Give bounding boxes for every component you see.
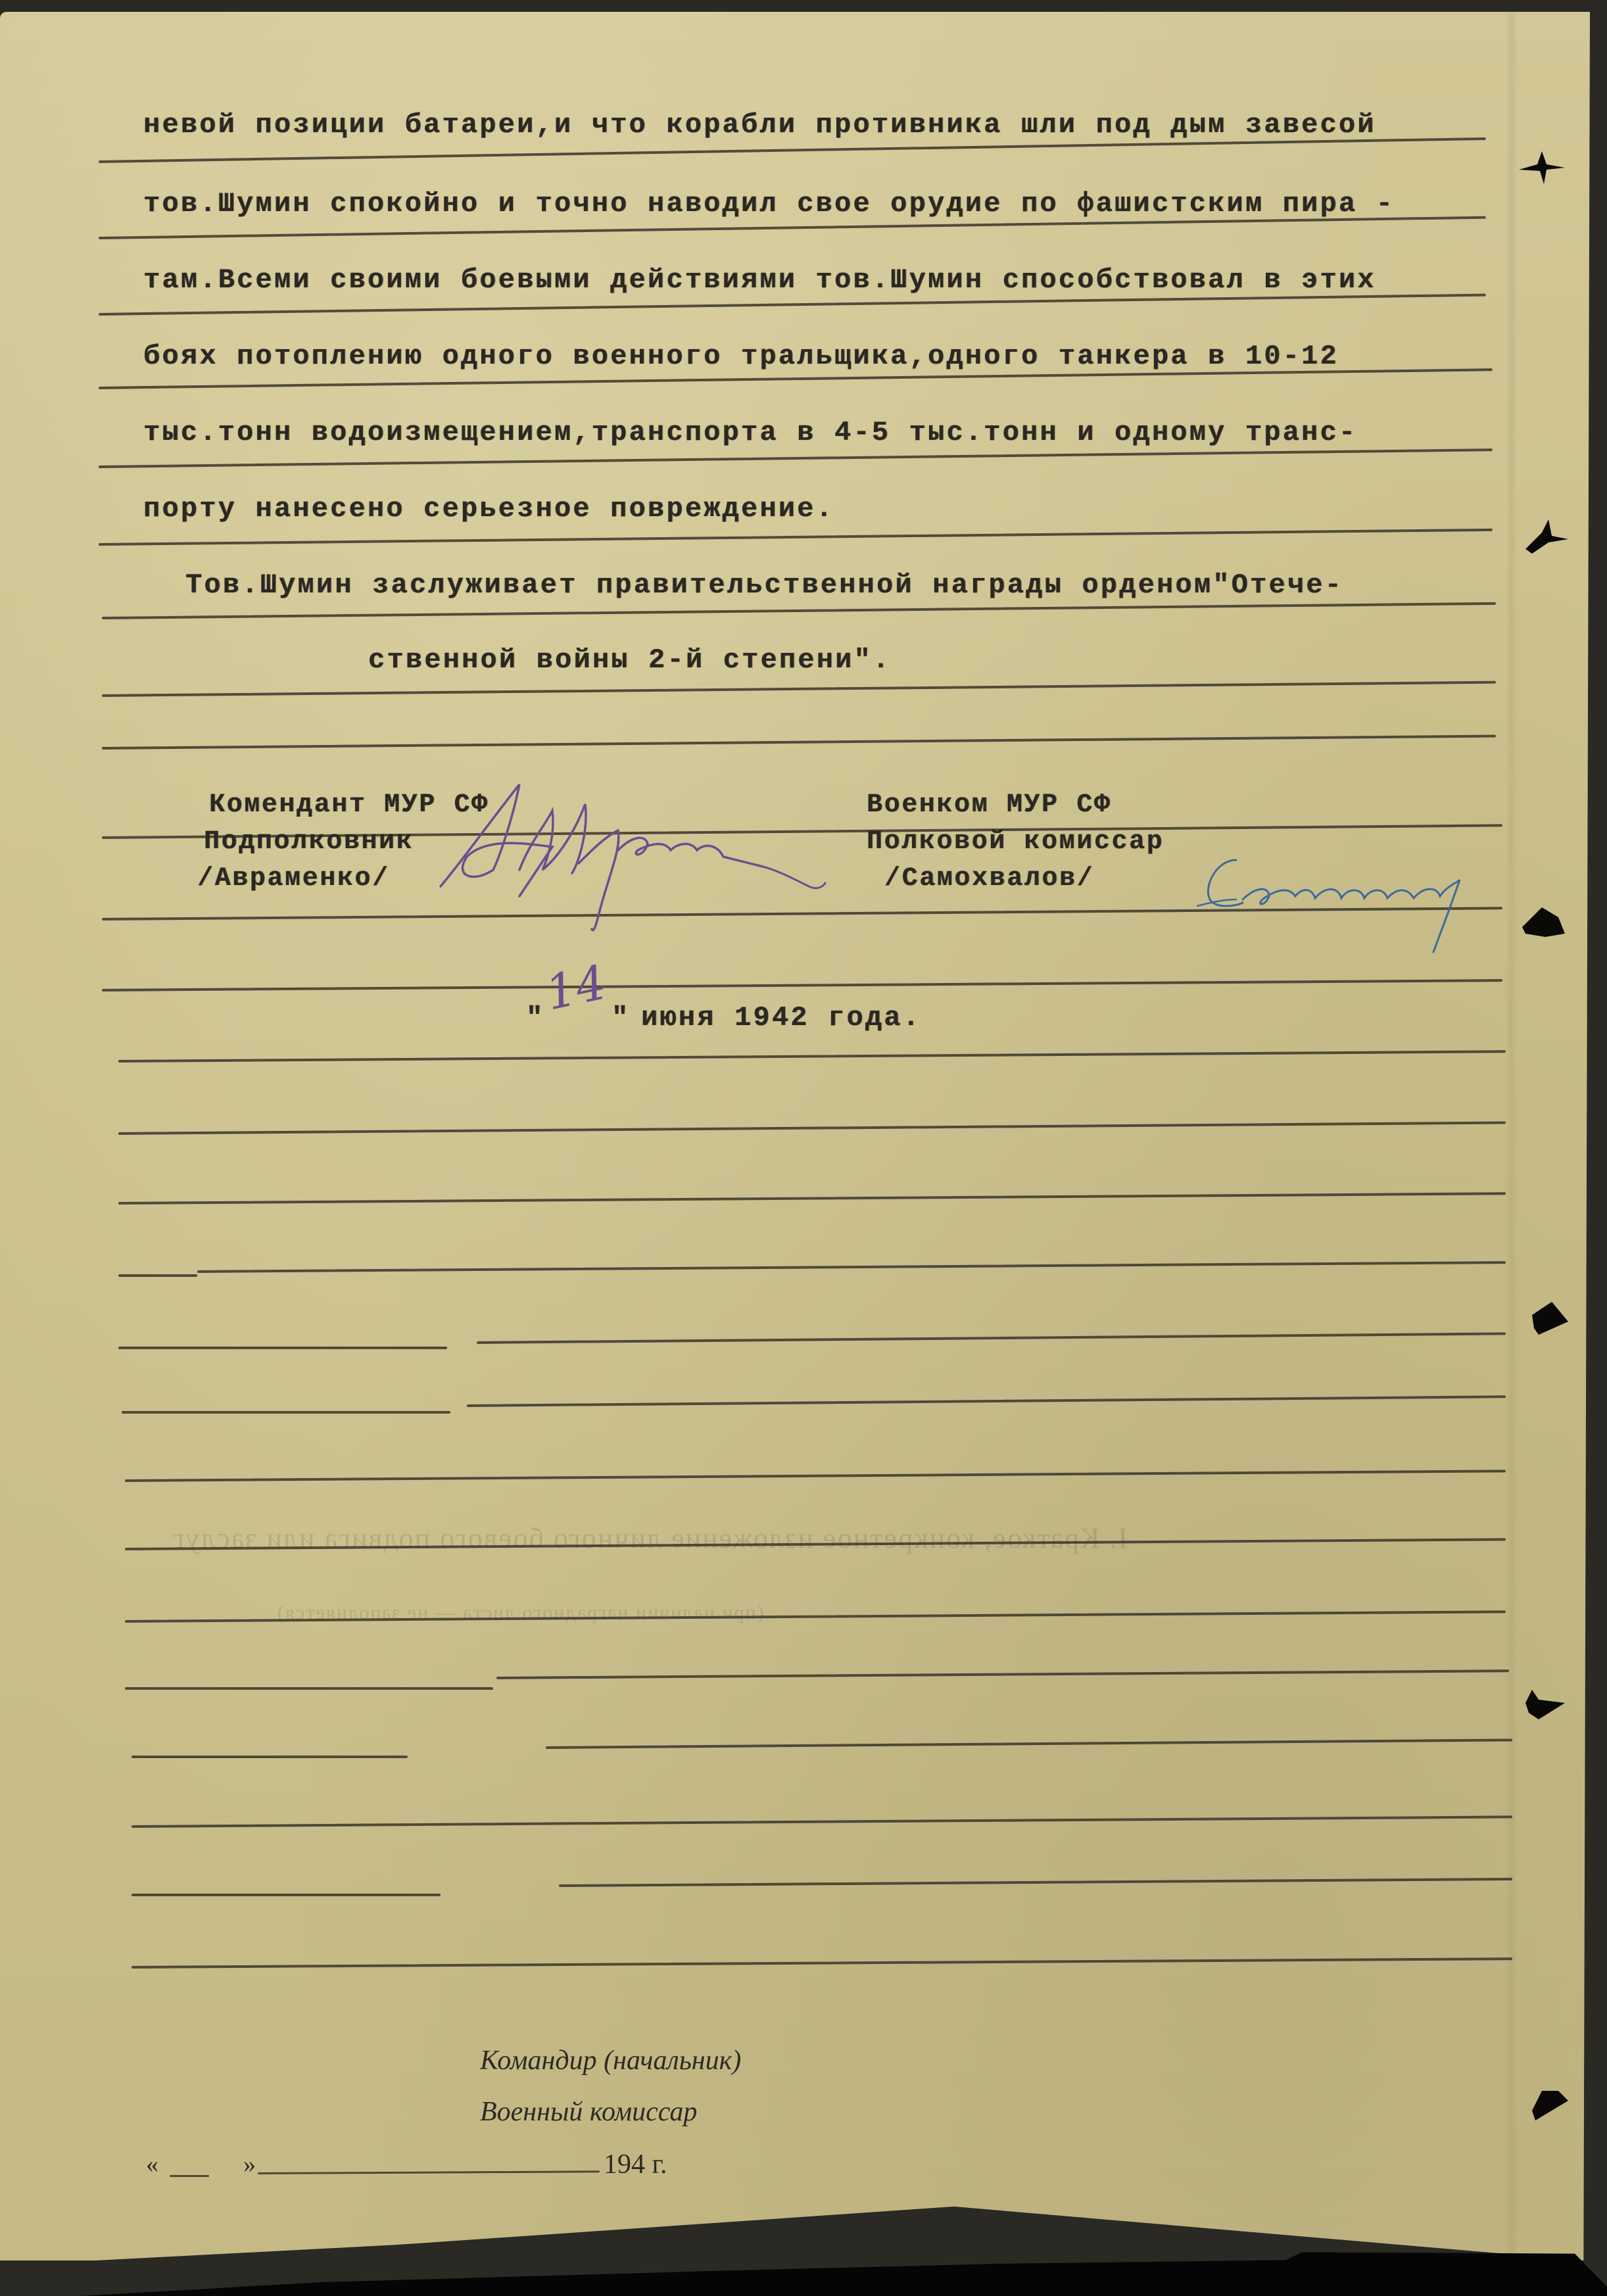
left-signatory-name: /Авраменко/ (197, 864, 390, 894)
punch-hole-icon (1516, 1299, 1575, 1351)
ruled-line (102, 907, 1502, 921)
signature-samokhvalov (1197, 847, 1512, 959)
ruled-line (102, 734, 1496, 750)
ruled-line (99, 448, 1493, 468)
body-line-6: порту нанесено серьезное повреждение. (143, 493, 834, 525)
ruled-line (118, 1121, 1506, 1135)
ruled-line (99, 529, 1493, 546)
ruled-line (102, 681, 1496, 697)
ruled-line (132, 1957, 1512, 1969)
ruled-line (125, 1687, 493, 1690)
body-line-2: тов.Шумин спокойно и точно наводил свое … (143, 188, 1395, 220)
award-conclusion-line-2: ственной войны 2-й степени". (368, 644, 891, 676)
ruled-line (125, 1470, 1506, 1482)
right-signatory-rank: Полковой комиссар (867, 827, 1164, 857)
margin-crease (1506, 12, 1518, 2260)
ruled-line (132, 1815, 1512, 1828)
document-page: I. Краткое, конкретное изложение личного… (0, 12, 1590, 2260)
ruled-line (118, 1347, 447, 1349)
date-open-quote: " (526, 1002, 544, 1034)
body-line-4: боях потоплению одного военного тральщик… (143, 341, 1339, 372)
ruled-line (132, 1756, 408, 1758)
punch-hole-icon (1512, 901, 1571, 953)
commissar-label: Военный комиссар (480, 2096, 697, 2128)
ruled-line (102, 979, 1502, 992)
footer-date-close-quote: » (243, 2150, 256, 2179)
footer-date-open-quote: « (146, 2150, 158, 2179)
ruled-line (197, 1261, 1506, 1273)
ruled-line (118, 1050, 1506, 1063)
ruled-line (99, 137, 1486, 163)
date-close-quote: " (612, 1002, 630, 1034)
date-day-handwritten: 14 (540, 954, 611, 1020)
punch-hole-icon (1519, 1680, 1578, 1733)
ruled-line (477, 1332, 1506, 1344)
right-signatory-title: Военком МУР СФ (867, 790, 1111, 820)
ruled-line (132, 1894, 441, 1896)
punch-hole-icon (1512, 132, 1571, 184)
ruled-line (122, 1411, 450, 1414)
body-line-5: тыс.тонн водоизмещением,транспорта в 4-5… (143, 417, 1357, 448)
show-through-text: I. Краткое, конкретное изложение личного… (171, 1521, 1128, 1555)
ruled-line (118, 1274, 197, 1277)
body-line-3: там.Всеми своими боевыми действиями тов.… (143, 264, 1376, 296)
ruled-line (546, 1738, 1512, 1749)
punch-hole-icon (1512, 506, 1571, 559)
footer-day-blank (170, 2175, 209, 2177)
award-conclusion-line-1: Тов.Шумин заслуживает правительственной … (185, 569, 1343, 601)
punch-hole-icon (1519, 2078, 1578, 2130)
ruled-line (559, 1878, 1512, 1887)
footer-year-suffix: 194 г. (604, 2149, 667, 2180)
right-signatory-name: /Самохвалов/ (884, 864, 1094, 894)
ruled-line (118, 1192, 1506, 1205)
commander-label: Командир (начальник) (480, 2045, 741, 2076)
date-text: июня 1942 года. (641, 1002, 921, 1034)
body-line-1: невой позиции батареи,и что корабли прот… (143, 109, 1376, 141)
ruled-line (467, 1395, 1506, 1407)
footer-month-blank (258, 2170, 600, 2174)
ruled-line (102, 602, 1496, 619)
ruled-line (99, 294, 1486, 316)
left-signatory-rank: Подполковник (204, 827, 414, 857)
left-signatory-title: Комендант МУР СФ (209, 790, 489, 820)
ruled-line (496, 1669, 1509, 1679)
